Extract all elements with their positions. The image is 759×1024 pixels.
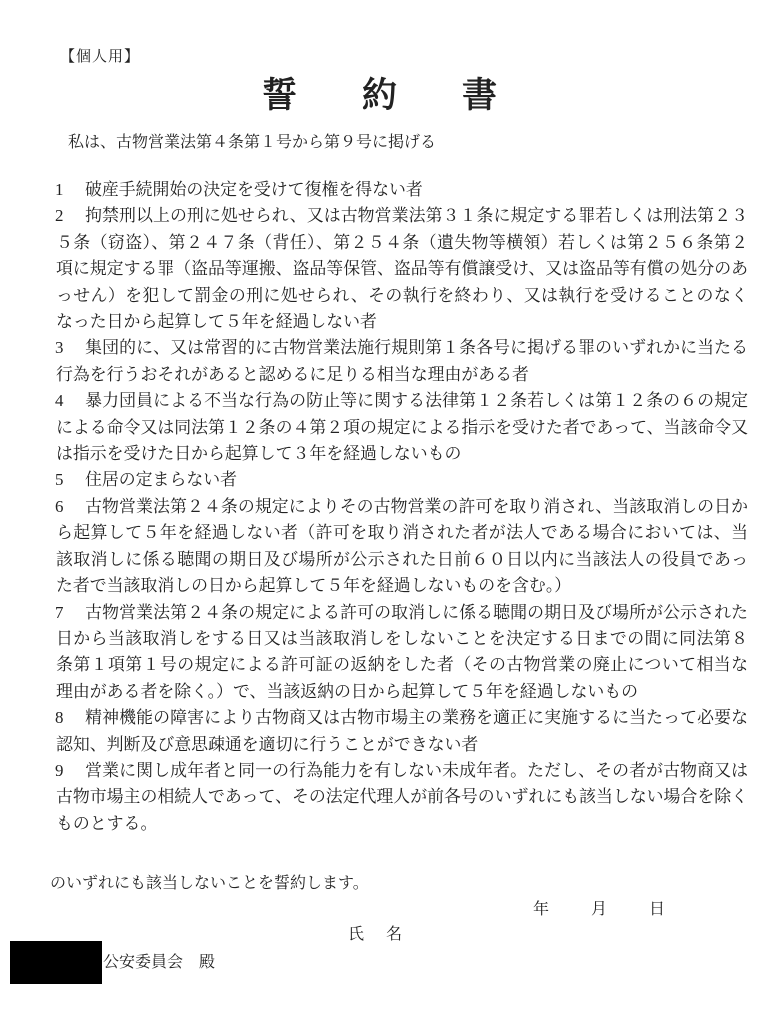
item-number: 6 (55, 494, 85, 520)
list-item-4: 4暴力団員による不当な行為の防止等に関する法律第１２条若しくは第１２条の６の規定… (56, 388, 748, 467)
item-text: 精神機能の障害により古物商又は古物市場主の業務を適正に実施するに当たって必要な認… (56, 708, 748, 753)
item-text: 住居の定まらない者 (85, 470, 237, 489)
pledge-document-page: 【個人用】 誓 約 書 私は、古物営業法第４条第１号から第９号に掲げる 1破産手… (0, 0, 759, 1024)
list-item-8: 8精神機能の障害により古物商又は古物市場主の業務を適正に実施するに当たって必要な… (56, 705, 748, 758)
disqualification-list: 1破産手続開始の決定を受けて復権を得ない者 2拘禁刑以上の刑に処せられ、又は古物… (0, 177, 759, 837)
item-number: 7 (55, 600, 85, 626)
item-number: 9 (55, 758, 85, 784)
item-text: 集団的に、又は常習的に古物営業法施行規則第１条各号に掲げる罪のいずれかに当たる行… (56, 338, 748, 383)
item-text: 破産手続開始の決定を受けて復権を得ない者 (85, 180, 423, 199)
redacted-prefecture-box (10, 941, 102, 984)
list-item-6: 6古物営業法第２４条の規定によりその古物営業の許可を取り消され、当該取消しの日か… (56, 494, 748, 600)
document-title: 誓 約 書 (0, 73, 759, 119)
month-label: 月 (591, 899, 607, 921)
day-label: 日 (649, 899, 665, 921)
list-item-5: 5住居の定まらない者 (56, 467, 748, 493)
list-item-9: 9営業に関し成年者と同一の行為能力を有しない未成年者。ただし、その者が古物商又は… (56, 758, 748, 837)
item-number: 5 (55, 467, 85, 493)
year-label: 年 (533, 899, 549, 921)
item-number: 8 (55, 705, 85, 731)
item-number: 2 (55, 203, 85, 229)
item-number: 3 (55, 335, 85, 361)
intro-line: 私は、古物営業法第４条第１号から第９号に掲げる (68, 133, 759, 153)
list-item-2: 2拘禁刑以上の刑に処せられ、又は古物営業法第３１条に規定する罪若しくは刑法第２３… (56, 203, 748, 335)
signature-section: のいずれにも該当しないことを誓約します。 年 月 日 氏 名 公安委員会 殿 (0, 873, 759, 1023)
item-number: 1 (55, 177, 85, 203)
usage-tag: 【個人用】 (60, 47, 759, 67)
item-text: 古物営業法第２４条の規定による許可の取消しに係る聴聞の期日及び場所が公示された日… (56, 603, 748, 701)
item-text: 暴力団員による不当な行為の防止等に関する法律第１２条若しくは第１２条の６の規定に… (56, 391, 748, 463)
addressee-label: 公安委員会 殿 (103, 952, 215, 974)
list-item-1: 1破産手続開始の決定を受けて復権を得ない者 (56, 177, 748, 203)
item-text: 営業に関し成年者と同一の行為能力を有しない未成年者。ただし、その者が古物商又は古… (56, 761, 748, 833)
item-text: 拘禁刑以上の刑に処せられ、又は古物営業法第３１条に規定する罪若しくは刑法第２３５… (56, 206, 748, 331)
list-item-3: 3集団的に、又は常習的に古物営業法施行規則第１条各号に掲げる罪のいずれかに当たる… (56, 335, 748, 388)
date-line: 年 月 日 (533, 899, 665, 921)
name-label: 氏 名 (348, 924, 405, 946)
closing-line: のいずれにも該当しないことを誓約します。 (50, 873, 369, 895)
list-item-7: 7古物営業法第２４条の規定による許可の取消しに係る聴聞の期日及び場所が公示された… (56, 600, 748, 706)
addressee-line: 公安委員会 殿 (10, 941, 215, 984)
item-text: 古物営業法第２４条の規定によりその古物営業の許可を取り消され、当該取消しの日から… (56, 497, 748, 595)
item-number: 4 (55, 388, 85, 414)
